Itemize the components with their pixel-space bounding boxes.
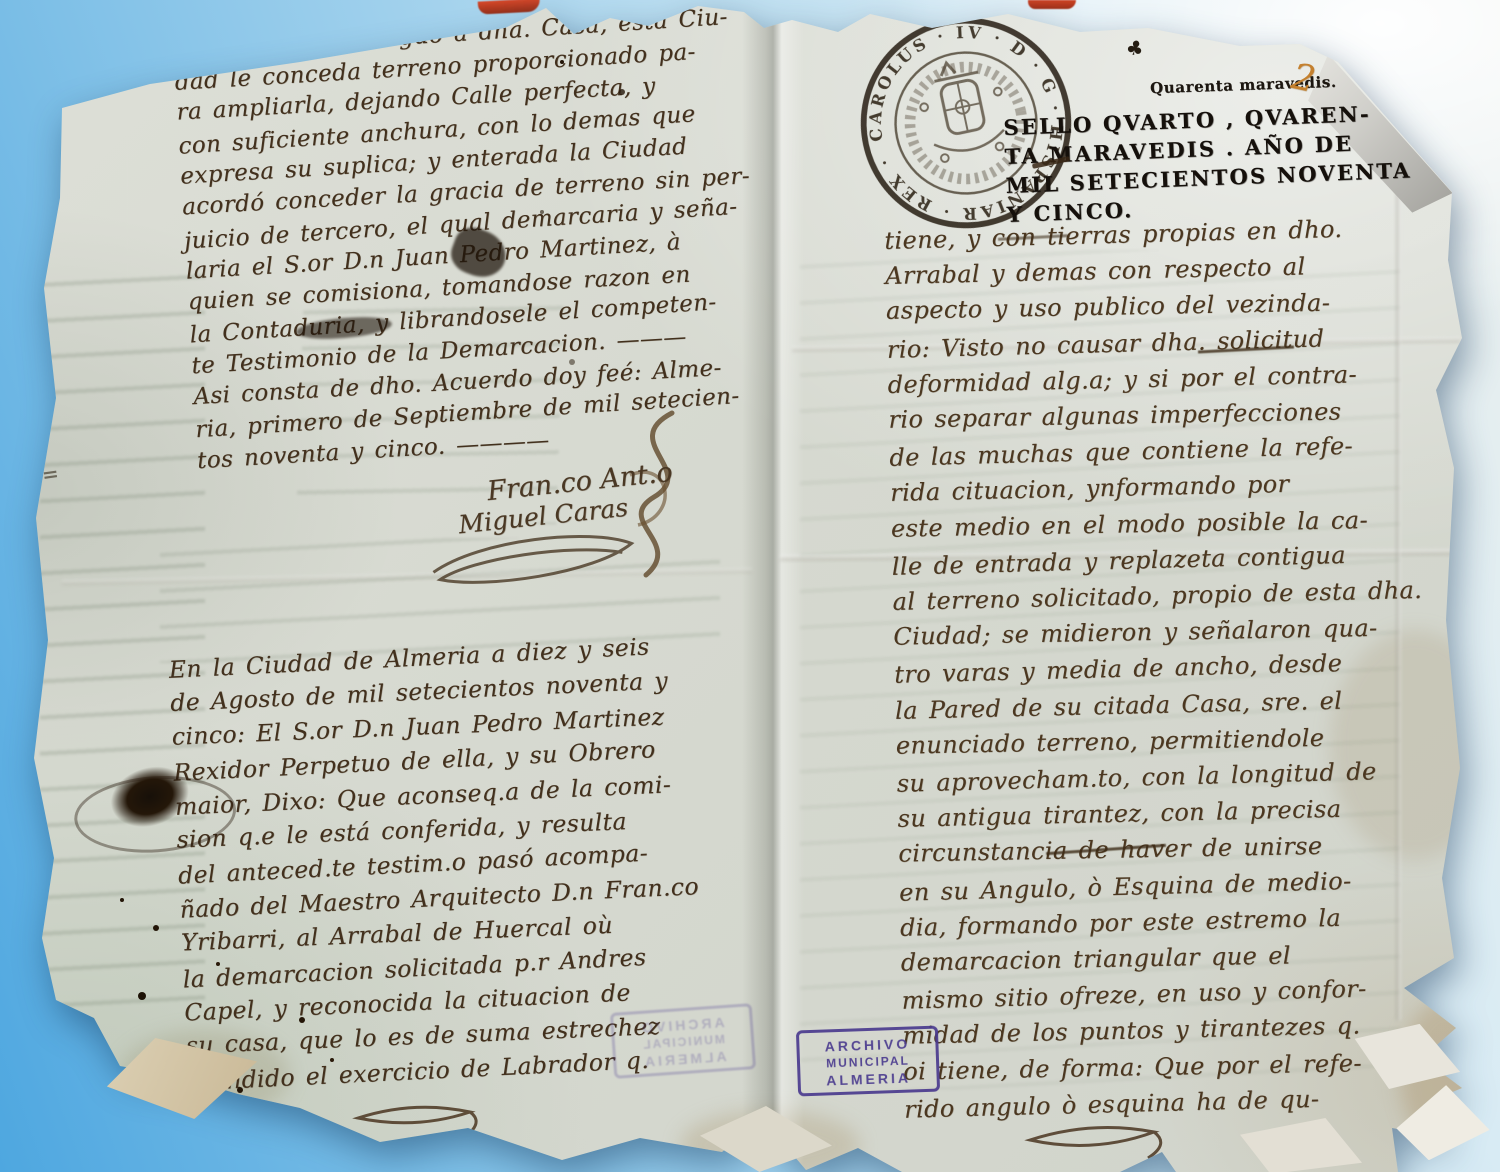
archive-stamp: ARCHIVOMUNICIPALALMERIA [796, 1026, 940, 1097]
ink-specks [560, 60, 564, 64]
page-fold-gutter [742, 0, 804, 1172]
archive-stamp-bleedthrough: ARCHIVOMUNICIPALALMERIA [610, 1003, 756, 1079]
document-paper: necesita que contiguo à dha. Casa, esta … [0, 0, 1500, 1172]
ink-specks [120, 898, 124, 902]
manuscript-photo: necesita que contiguo à dha. Casa, esta … [0, 0, 1500, 1172]
printer-ornament-icon: ♣ [1123, 34, 1146, 62]
pen-flourish-small [1022, 1116, 1172, 1164]
margin-mark: = [40, 461, 60, 487]
paper-shadow-wrap: necesita que contiguo à dha. Casa, esta … [0, 0, 1500, 1172]
signature: Fran.co Ant.o Miguel Caras [414, 457, 684, 610]
right-page-text: tiene, y con tierras propias en dho.Arra… [884, 210, 1434, 1127]
ink-smudge [1348, 45, 1404, 81]
text-line: ALMERIA [800, 1069, 937, 1091]
pen-flourish-small [352, 1096, 487, 1140]
